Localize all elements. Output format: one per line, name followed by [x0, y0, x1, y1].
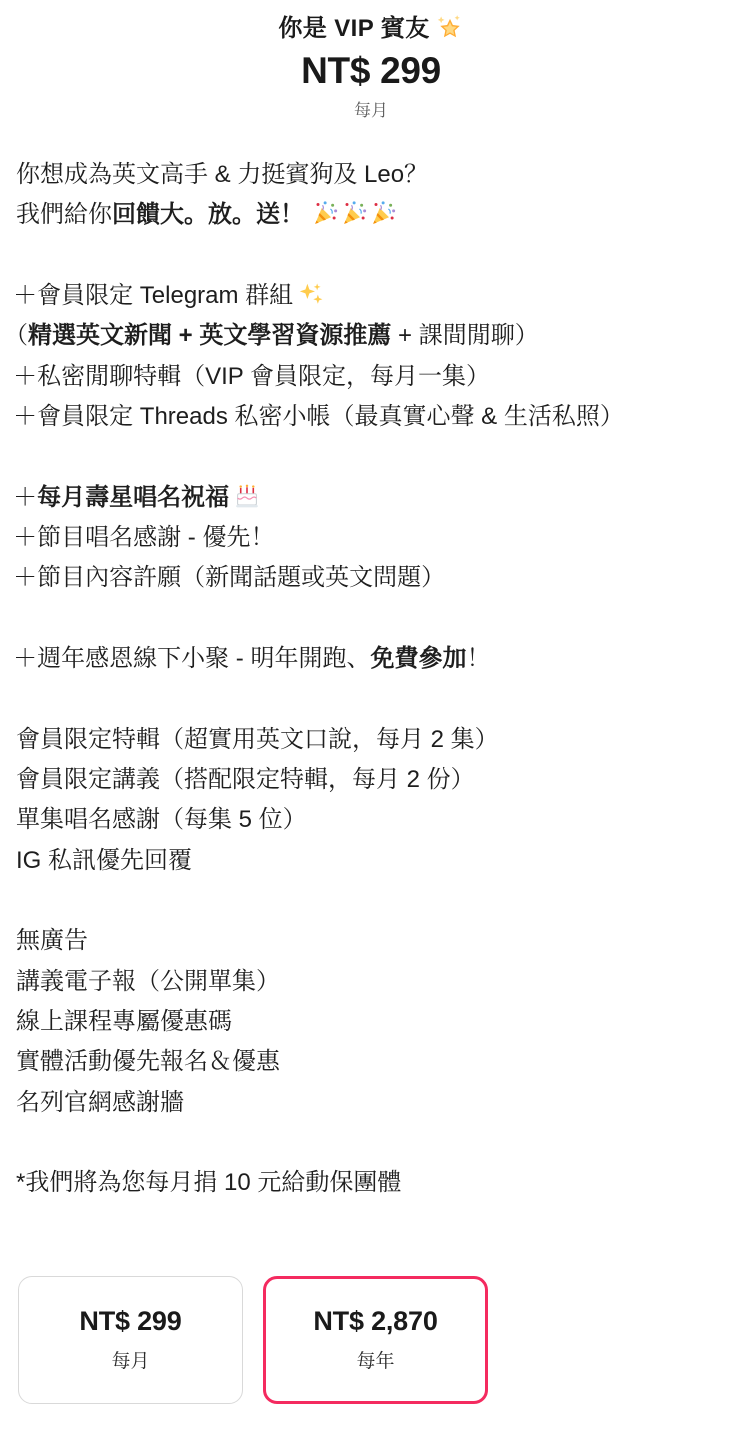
plan-title: 你是 VIP 賓友	[0, 13, 742, 45]
plan-title-text: 你是 VIP 賓友	[278, 15, 429, 42]
text-segment: 名列官網感謝牆	[16, 1089, 184, 1116]
birthday-cake-icon	[237, 484, 260, 510]
text-segment: 無廣告	[16, 927, 88, 954]
text-line	[16, 679, 734, 719]
text-line: 無廣告	[16, 921, 734, 961]
text-line: IG 私訊優先回覆	[16, 841, 734, 881]
text-segment: IG 私訊優先回覆	[16, 847, 192, 874]
monthly-plan-price: NT$ 299	[79, 1306, 181, 1337]
text-line: 線上課程專屬優惠碼	[16, 1002, 734, 1042]
sparkles-icon	[301, 282, 324, 308]
text-line: ＋節目內容許願（新聞話題或英文問題）	[16, 558, 734, 598]
text-segment: 講義電子報（公開單集）	[16, 968, 280, 995]
text-line: 實體活動優先報名＆優惠	[16, 1042, 734, 1082]
text-line: 會員限定特輯（超實用英文口說，每月 2 集）	[16, 720, 734, 760]
party-popper-icon	[341, 200, 368, 227]
text-segment: ＋會員限定 Telegram 群組	[13, 282, 300, 309]
text-line: ＋每月壽星唱名祝福	[16, 478, 734, 518]
text-segment: 回饋大。放。送！	[112, 201, 304, 228]
text-segment: ＋節目唱名感謝 - 優先！	[13, 524, 274, 551]
text-segment: ＋私密閒聊特輯（VIP 會員限定，每月一集）	[13, 363, 490, 390]
text-line: 你想成為英文高手 & 力挺賓狗及 Leo？	[16, 155, 734, 195]
plan-price: NT$ 299	[0, 49, 742, 93]
text-line: 名列官網感謝牆	[16, 1083, 734, 1123]
text-line: ＋會員限定 Threads 私密小帳（最真實心聲 & 生活私照）	[16, 397, 734, 437]
text-segment: 精選英文新聞 + 英文學習資源推薦	[28, 322, 391, 349]
text-line: 會員限定講義（搭配限定特輯，每月 2 份）	[16, 760, 734, 800]
plan-header: 你是 VIP 賓友 NT$ 299 每月	[0, 0, 742, 122]
monthly-plan-button[interactable]: NT$ 299 每月	[18, 1276, 243, 1404]
text-segment: 我們給你	[16, 201, 112, 228]
text-segment: *我們將為您每月捐 10 元給動保團體	[16, 1169, 401, 1196]
text-segment: 每月壽星唱名祝福	[37, 484, 229, 511]
text-line	[16, 881, 734, 921]
text-segment: ＋週年感恩線下小聚 - 明年開跑、	[13, 645, 370, 672]
text-segment: 單集唱名感謝（每集 5 位）	[16, 806, 307, 833]
party-popper-icon	[370, 200, 397, 227]
text-segment: ＋	[13, 484, 37, 511]
billing-options: NT$ 299 每月 NT$ 2,870 每年	[18, 1276, 742, 1404]
plan-billing-period: 每月	[0, 100, 742, 122]
text-segment: 會員限定特輯（超實用英文口說，每月 2 集）	[16, 726, 499, 753]
text-segment: + 課間閒聊）	[391, 322, 538, 349]
party-popper-icon	[312, 200, 339, 227]
text-segment: ＋會員限定 Threads 私密小帳（最真實心聲 & 生活私照）	[13, 403, 624, 430]
text-segment: 你想成為英文高手 & 力挺賓狗及 Leo？	[16, 161, 428, 188]
text-segment: 免費參加	[370, 645, 466, 672]
text-line: ＋節目唱名感謝 - 優先！	[16, 518, 734, 558]
text-line: 講義電子報（公開單集）	[16, 962, 734, 1002]
yearly-plan-button[interactable]: NT$ 2,870 每年	[263, 1276, 488, 1404]
text-segment: 會員限定講義（搭配限定特輯，每月 2 份）	[16, 766, 475, 793]
text-line: ＋私密閒聊特輯（VIP 會員限定，每月一集）	[16, 357, 734, 397]
glowing-star-icon	[436, 14, 464, 42]
text-segment: 實體活動優先報名＆優惠	[16, 1048, 280, 1075]
text-line	[16, 236, 734, 276]
text-line: ＋會員限定 Telegram 群組	[16, 276, 734, 316]
text-line: （精選英文新聞 + 英文學習資源推薦 + 課間閒聊）	[16, 316, 734, 356]
text-segment: （	[4, 322, 28, 349]
vip-plan-page: 你是 VIP 賓友 NT$ 299 每月 你想成為英文高手 & 力挺賓狗及 Le…	[0, 0, 742, 1404]
plan-description: 你想成為英文高手 & 力挺賓狗及 Leo？我們給你回饋大。放。送！ ＋會員限定 …	[0, 155, 742, 1204]
text-segment: ＋節目內容許願（新聞話題或英文問題）	[13, 564, 445, 591]
text-segment: ！	[466, 645, 490, 672]
text-line: 單集唱名感謝（每集 5 位）	[16, 800, 734, 840]
yearly-plan-period: 每年	[356, 1346, 394, 1373]
text-line	[16, 437, 734, 477]
text-line	[16, 1123, 734, 1163]
text-segment	[304, 201, 311, 228]
text-line: *我們將為您每月捐 10 元給動保團體	[16, 1163, 734, 1203]
text-line	[16, 599, 734, 639]
text-line: ＋週年感恩線下小聚 - 明年開跑、免費參加！	[16, 639, 734, 679]
monthly-plan-period: 每月	[111, 1346, 149, 1373]
yearly-plan-price: NT$ 2,870	[313, 1306, 437, 1337]
text-segment: 線上課程專屬優惠碼	[16, 1008, 232, 1035]
text-line: 我們給你回饋大。放。送！	[16, 195, 734, 235]
